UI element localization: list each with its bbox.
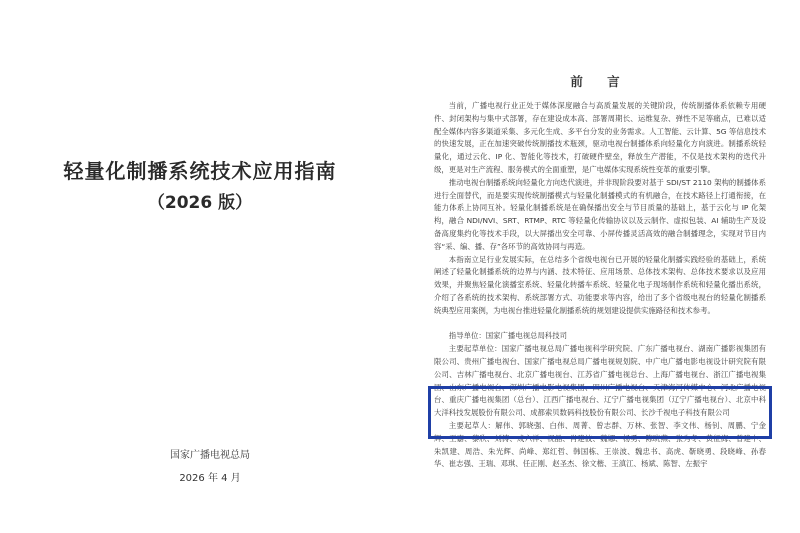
cover-page: 轻量化制播系统技术应用指南 （2026 版） 国家广播电视总局 2026 年 4…: [0, 0, 400, 533]
preface-paragraph-1: 当前，广播电视行业正处于媒体深度融合与高质量发展的关键阶段，传统制播体系依赖专用…: [434, 100, 766, 177]
publish-date: 2026 年 4 月: [0, 469, 420, 484]
guiding-unit: 指导单位：国家广播电视总局科技司: [434, 330, 766, 343]
preface-paragraph-2: 推动电视台制播系统向轻量化方向迭代演进，并非现阶段要对基于 SDI/ST 211…: [434, 177, 766, 254]
publisher: 国家广播电视总局: [0, 446, 420, 461]
preface-paragraph-3: 本指南立足行业发展实际，在总结多个省级电视台已开展的轻量化制播实践经验的基础上，…: [434, 254, 766, 318]
document-edition: （2026 版）: [0, 188, 400, 213]
drafters: 主要起草人：解伟、郭晓强、白伟、周菁、曾志群、万林、张智、李文伟、杨钊、周鹏、宁…: [434, 420, 766, 471]
document-title: 轻量化制播系统技术应用指南: [0, 155, 400, 184]
preface-body: 当前，广播电视行业正处于媒体深度融合与高质量发展的关键阶段，传统制播体系依赖专用…: [434, 100, 766, 471]
preface-heading: 前 言: [400, 72, 800, 90]
drafting-units: 主要起草单位：国家广播电视总局广播电视科学研究院、广东广播电视台、湖南广播影视集…: [434, 343, 766, 420]
